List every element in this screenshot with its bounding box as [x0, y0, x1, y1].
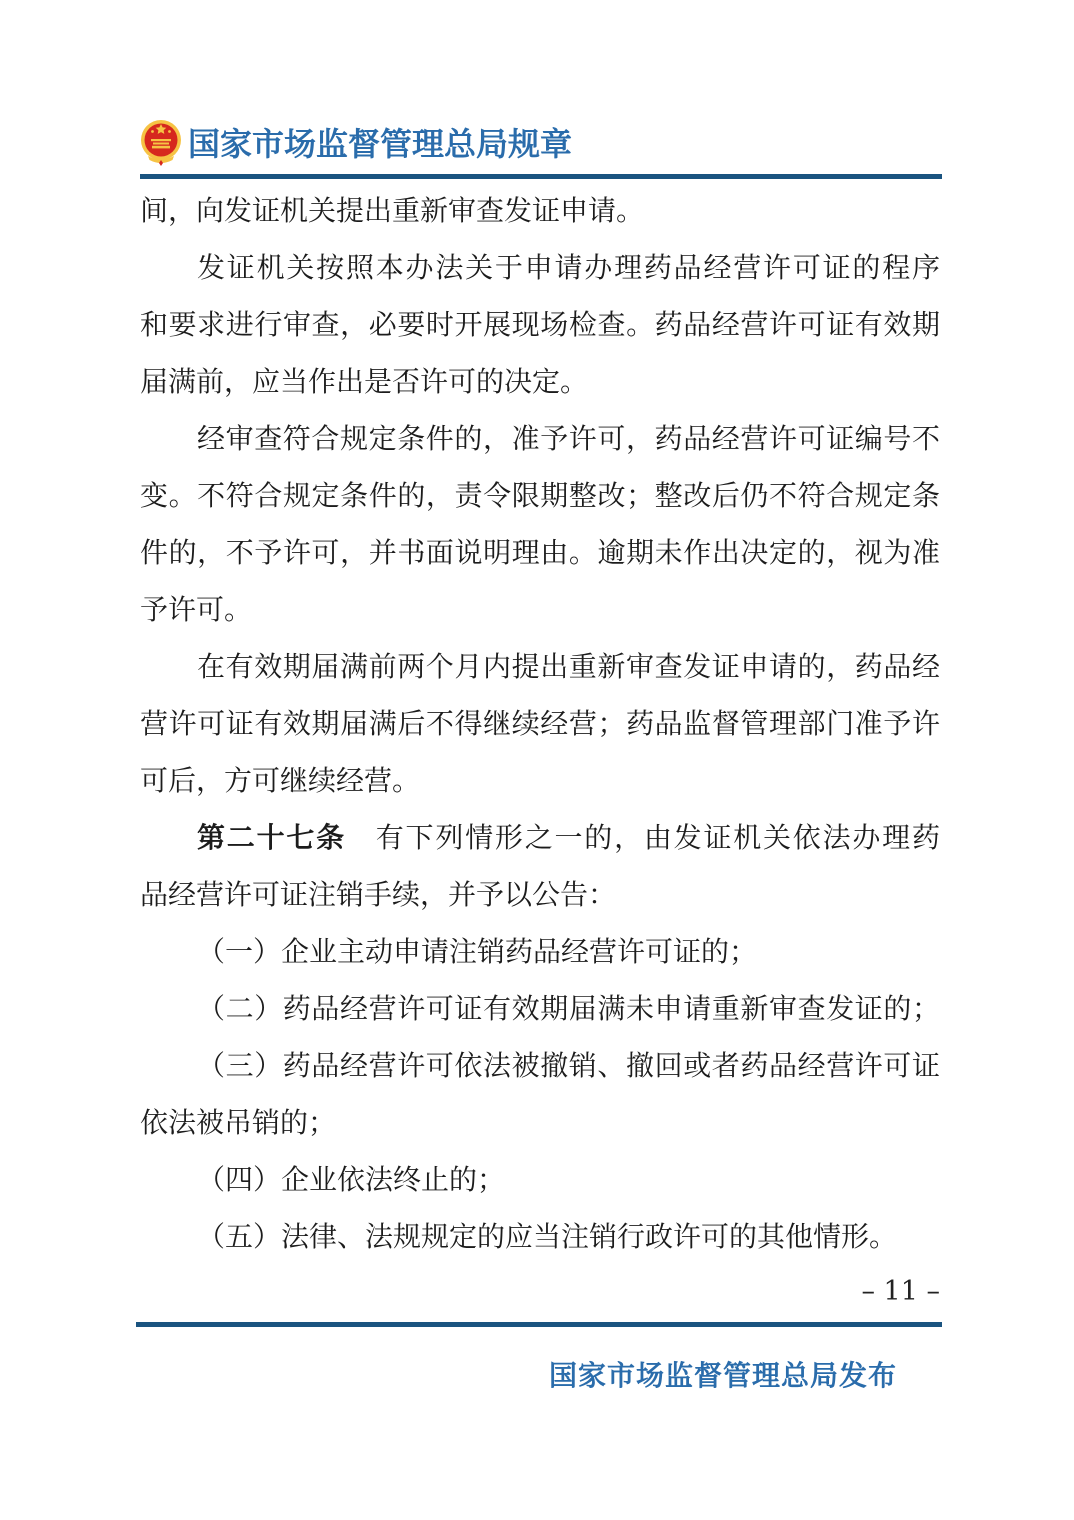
text-line: 发证机关按照本办法关于申请办理药品经营许可证的程序 [140, 239, 940, 296]
text-line: 和要求进行审查，必要时开展现场检查。药品经营许可证有效期 [140, 296, 940, 353]
text-line: 经审查符合规定条件的，准予许可，药品经营许可证编号不 [140, 410, 940, 467]
page-header: 国家市场监督管理总局规章 [140, 116, 572, 168]
footer-divider [136, 1322, 942, 1327]
header-divider [140, 174, 942, 179]
publisher-label: 国家市场监督管理总局发布 [549, 1354, 897, 1394]
document-page: 国家市场监督管理总局规章 间，向发证机关提出重新审查发证申请。发证机关按照本办法… [0, 0, 1074, 1520]
text-line: （五）法律、法规规定的应当注销行政许可的其他情形。 [140, 1208, 940, 1265]
text-line: （一）企业主动申请注销药品经营许可证的； [140, 923, 940, 980]
text-line: （二）药品经营许可证有效期届满未申请重新审查发证的； [140, 980, 940, 1037]
national-emblem-icon [140, 118, 182, 166]
page-number: – 11 – [861, 1276, 940, 1307]
article-number: 第二十七条 [197, 822, 346, 853]
text-line: 届满前，应当作出是否许可的决定。 [140, 353, 940, 410]
text-line: （四）企业依法终止的； [140, 1151, 940, 1208]
text-line: 第二十七条 有下列情形之一的，由发证机关依法办理药 [140, 809, 940, 866]
text-line: 营许可证有效期届满后不得继续经营；药品监督管理部门准予许 [140, 695, 940, 752]
text-line: 品经营许可证注销手续，并予以公告： [140, 866, 940, 923]
page-title: 国家市场监督管理总局规章 [188, 119, 572, 165]
text-line: 变。不符合规定条件的，责令限期整改；整改后仍不符合规定条 [140, 467, 940, 524]
document-body: 间，向发证机关提出重新审查发证申请。发证机关按照本办法关于申请办理药品经营许可证… [140, 182, 940, 1265]
text-line: （三）药品经营许可依法被撤销、撤回或者药品经营许可证 [140, 1037, 940, 1094]
text-line: 在有效期届满前两个月内提出重新审查发证申请的，药品经 [140, 638, 940, 695]
text-line: 间，向发证机关提出重新审查发证申请。 [140, 182, 940, 239]
text-line: 依法被吊销的； [140, 1094, 940, 1151]
text-line: 件的，不予许可，并书面说明理由。逾期未作出决定的，视为准 [140, 524, 940, 581]
text-line: 予许可。 [140, 581, 940, 638]
text-line: 可后，方可继续经营。 [140, 752, 940, 809]
